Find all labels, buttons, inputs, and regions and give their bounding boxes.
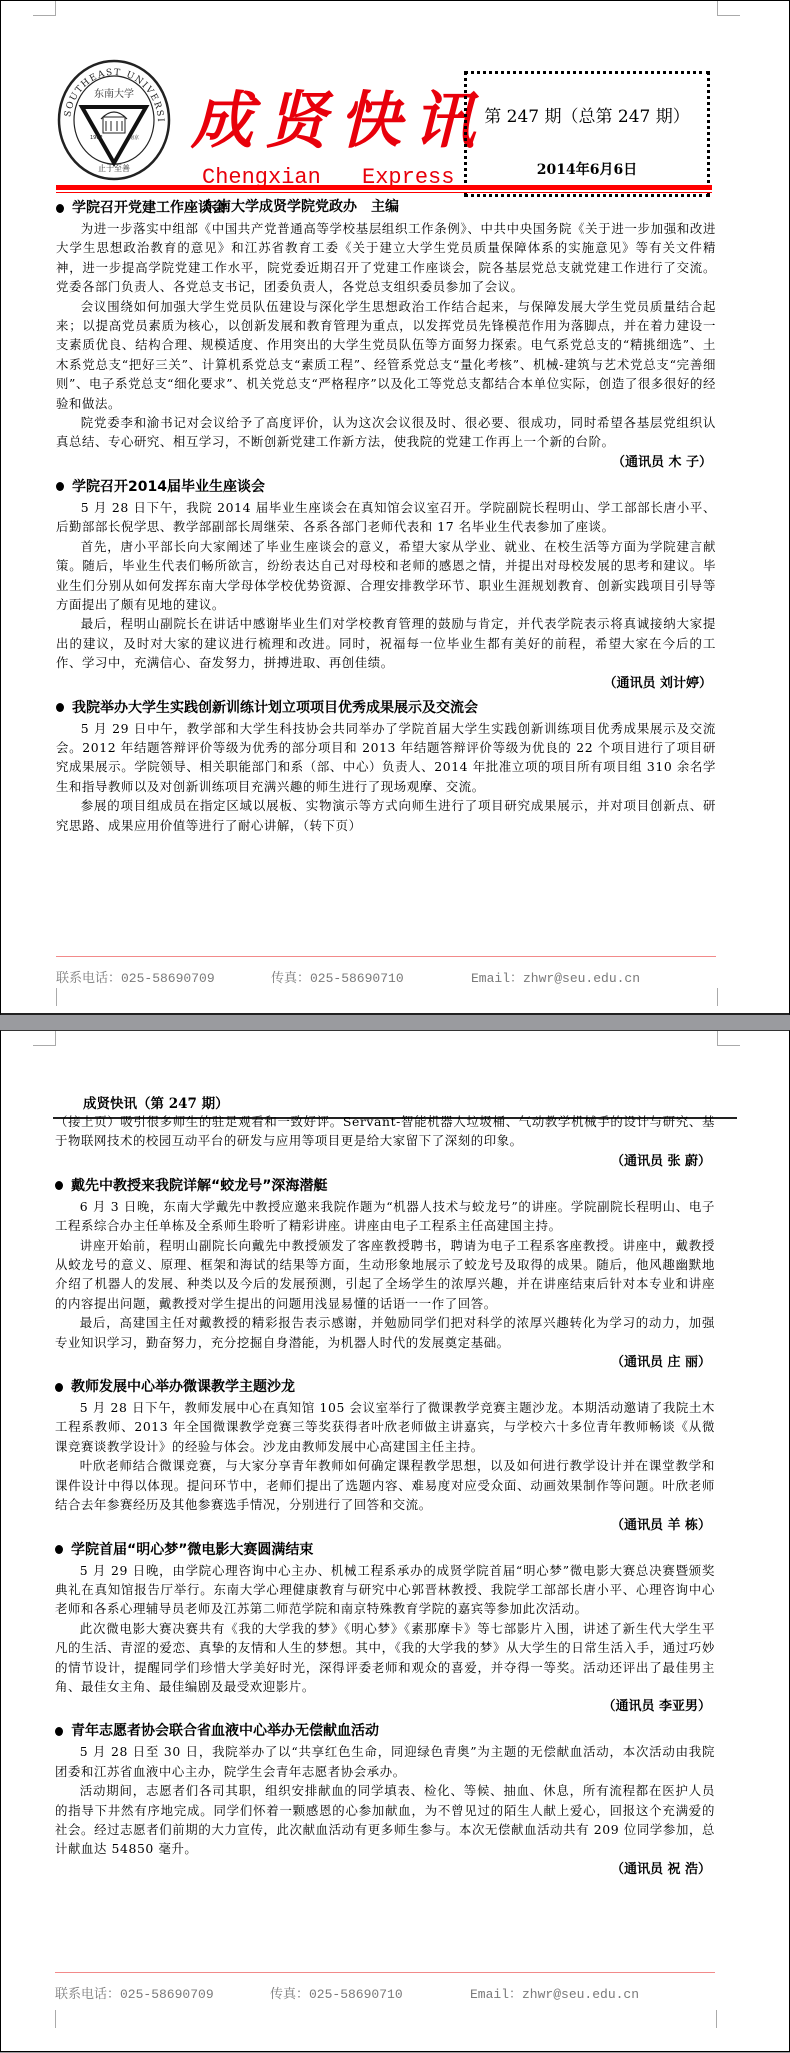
masthead: SOUTHEAST UNIVERSITY 东南大学 1902 南京 止于至善 成… <box>56 41 716 181</box>
margin-mark <box>33 1 56 16</box>
article-byline: （通讯员 木 子） <box>56 452 716 474</box>
masthead-divider <box>56 185 712 193</box>
bullet-icon <box>56 204 64 213</box>
margin-mark <box>716 2010 717 2028</box>
svg-text:止于至善: 止于至善 <box>98 163 130 173</box>
article-paragraph: 院党委李和渝书记对会议给予了高度评价，认为这次会议很及时、很必要、很成功，同时希… <box>56 413 716 452</box>
article-continuation: （接上页）吸引很多师生的驻足观看和一致好评。Servant-智能机器人垃圾桶、气… <box>55 1112 715 1173</box>
article-paragraph: 5 月 28 日下午，教师发展中心在真知馆 105 会议室举行了微课教学竞赛主题… <box>55 1398 715 1456</box>
article-paragraph: 叶欣老师结合微课竞赛，与大家分享青年教师如何确定课程教学思想，以及如何进行教学设… <box>55 1456 715 1514</box>
article-byline: （通讯员 张 蔚） <box>55 1151 715 1173</box>
margin-mark <box>717 988 718 1006</box>
article-title: 戴先中教授来我院详解“蛟龙号”深海潜艇 <box>71 1175 327 1197</box>
article-title: 学院召开党建工作座谈会 <box>72 197 226 219</box>
article-title: 学院召开2014届毕业生座谈会 <box>72 476 265 498</box>
issue-number: 第 247 期（总第 247 期） <box>467 102 707 127</box>
page-footer: 联系电话：025-58690709 传真：025-58690710 Email：… <box>56 956 716 986</box>
article-paragraph: 首先，唐小平部长向大家阐述了毕业生座谈会的意义，希望大家从学业、就业、在校生活等… <box>56 537 716 615</box>
article: 学院首届“明心梦”微电影大赛圆满结束 5 月 29 日晚，由学院心理咨询中心主办… <box>55 1539 715 1719</box>
article-title: 我院举办大学生实践创新训练计划立项项目优秀成果展示及交流会 <box>72 697 478 719</box>
contact-phone: 联系电话：025-58690709 <box>56 967 271 986</box>
article: 青年志愿者协会联合省血液中心举办无偿献血活动 5 月 28 日至 30 日，我院… <box>55 1720 715 1880</box>
contact-email: Email：zhwr@seu.edu.cn <box>471 967 640 986</box>
article-paragraph: 5 月 28 日至 30 日，我院举办了以“共享红色生命，同迎绿色青奥”为主题的… <box>55 1742 715 1781</box>
bullet-icon <box>55 1383 63 1392</box>
article: 学院召开2014届毕业生座谈会 5 月 28 日下午，我院 2014 届毕业生座… <box>56 476 716 695</box>
bullet-icon <box>55 1727 63 1736</box>
article-byline: （通讯员 刘计婷） <box>56 673 716 695</box>
margin-mark <box>56 988 57 1006</box>
article: 我院举办大学生实践创新训练计划立项项目优秀成果展示及交流会 5 月 29 日中午… <box>56 697 716 835</box>
article-paragraph: 参展的项目组成员在指定区域以展板、实物演示等方式向师生进行了项目研究成果展示，并… <box>56 796 716 835</box>
newsletter-title-cn: 成贤快讯 <box>191 71 487 160</box>
article-paragraph: 此次微电影大赛决赛共有《我的大学我的梦》《明心梦》《素那摩卡》等七部影片入围，讲… <box>55 1619 715 1697</box>
margin-mark <box>55 2010 56 2028</box>
article: 教师发展中心举办微课教学主题沙龙 5 月 28 日下午，教师发展中心在真知馆 1… <box>55 1376 715 1536</box>
university-seal-logo: SOUTHEAST UNIVERSITY 东南大学 1902 南京 止于至善 <box>56 59 172 181</box>
page-2-content: （接上页）吸引很多师生的驻足观看和一致好评。Servant-智能机器人垃圾桶、气… <box>55 1112 715 1883</box>
svg-text:南京: 南京 <box>129 134 139 141</box>
bullet-icon <box>55 1545 63 1554</box>
article-paragraph: 会议围绕如何加强大学生党员队伍建设与深化学生思想政治工作结合起来，与保障发展大学… <box>56 297 716 413</box>
article-title: 学院首届“明心梦”微电影大赛圆满结束 <box>71 1539 313 1561</box>
svg-text:东南大学: 东南大学 <box>94 87 134 100</box>
article-paragraph: 5 月 29 日中午，教学部和大学生科技协会共同举办了学院首届大学生实践创新训练… <box>56 719 716 797</box>
margin-mark <box>717 1031 740 1046</box>
article-byline: （通讯员 庄 丽） <box>55 1352 715 1374</box>
contact-phone: 联系电话：025-58690709 <box>55 1983 270 2002</box>
article-title: 教师发展中心举办微课教学主题沙龙 <box>71 1376 295 1398</box>
page-break <box>0 1015 790 1031</box>
bullet-icon <box>55 1181 63 1190</box>
issue-box: 第 247 期（总第 247 期） 2014年6月6日 <box>464 71 710 197</box>
page-1: SOUTHEAST UNIVERSITY 东南大学 1902 南京 止于至善 成… <box>0 0 790 1016</box>
article-title: 青年志愿者协会联合省血液中心举办无偿献血活动 <box>71 1720 379 1742</box>
article-paragraph: 5 月 29 日晚，由学院心理咨询中心主办、机械工程系承办的成贤学院首届“明心梦… <box>55 1561 715 1619</box>
running-header: 成贤快讯（第 247 期） <box>83 1092 229 1112</box>
article: 戴先中教授来我院详解“蛟龙号”深海潜艇 6 月 3 日晚，东南大学戴先中教授应邀… <box>55 1175 715 1374</box>
article-paragraph: 活动期间，志愿者们各司其职，组织安排献血的同学填表、检化、等候、抽血、休息，所有… <box>55 1781 715 1859</box>
article-paragraph: 讲座开始前，程明山副院长向戴先中教授颁发了客座教授聘书，聘请为电子工程系客座教授… <box>55 1236 715 1314</box>
article-paragraph: 最后，程明山副院长在讲话中感谢毕业生们对学校教育管理的鼓励与肯定，并代表学院表示… <box>56 614 716 672</box>
article-byline: （通讯员 羊 栋） <box>55 1515 715 1537</box>
issue-date: 2014年6月6日 <box>467 159 707 179</box>
contact-email: Email：zhwr@seu.edu.cn <box>470 1983 639 2002</box>
article-paragraph: 6 月 3 日晚，东南大学戴先中教授应邀来我院作题为“机器人技术与蛟龙号”的讲座… <box>55 1197 715 1236</box>
article-byline: （通讯员 李亚男） <box>55 1696 715 1718</box>
bullet-icon <box>56 482 64 491</box>
article-paragraph: 最后，高建国主任对戴教授的精彩报告表示感谢，并勉励同学们把对科学的浓厚兴趣转化为… <box>55 1313 715 1352</box>
bullet-icon <box>56 703 64 712</box>
contact-fax: 传真：025-58690710 <box>271 967 471 986</box>
article-byline: （通讯员 祝 浩） <box>55 1859 715 1881</box>
article-paragraph: 5 月 28 日下午，我院 2014 届毕业生座谈会在真知馆会议室召开。学院副院… <box>56 498 716 537</box>
margin-mark <box>717 1 740 16</box>
page-1-content: 学院召开党建工作座谈会 为进一步落实中组部《中国共产党普通高等学校基层组织工作条… <box>56 197 716 835</box>
article-paragraph: 为进一步落实中组部《中国共产党普通高等学校基层组织工作条例》、中共中央国务院《关… <box>56 219 716 297</box>
contact-fax: 传真：025-58690710 <box>270 1983 470 2002</box>
article: 学院召开党建工作座谈会 为进一步落实中组部《中国共产党普通高等学校基层组织工作条… <box>56 197 716 474</box>
article-paragraph: （接上页）吸引很多师生的驻足观看和一致好评。Servant-智能机器人垃圾桶、气… <box>55 1112 715 1151</box>
svg-text:1902: 1902 <box>90 135 103 141</box>
margin-mark <box>33 1031 56 1046</box>
page-footer: 联系电话：025-58690709 传真：025-58690710 Email：… <box>55 1972 715 2002</box>
